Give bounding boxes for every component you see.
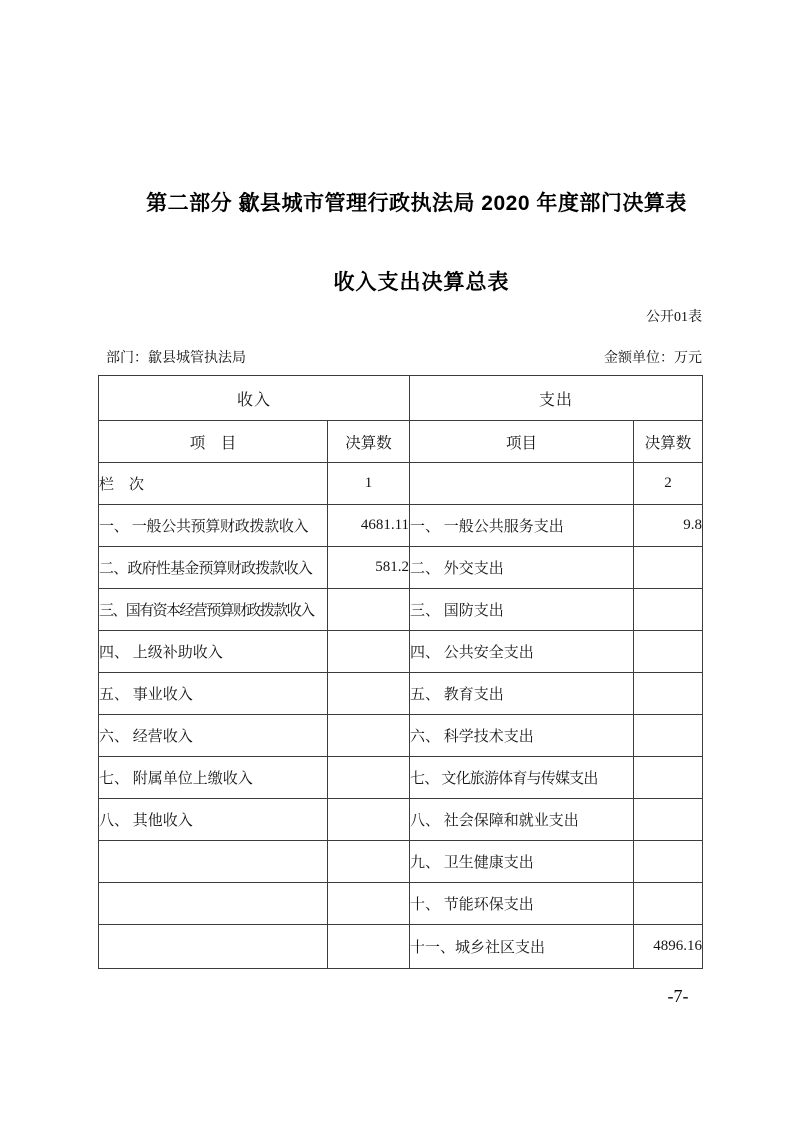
table-row: 五、 事业收入 五、 教育支出 [99, 673, 703, 715]
expense-value-cell [634, 757, 703, 799]
income-value-cell: 581.2 [328, 547, 410, 589]
table-row: 十、 节能环保支出 [99, 883, 703, 925]
income-column-index: 1 [328, 463, 410, 505]
expense-item-cell: 二、 外交支出 [410, 547, 634, 589]
expense-value-cell [634, 841, 703, 883]
expense-item-cell: 一、 一般公共服务支出 [410, 505, 634, 547]
table-title: 收入支出决算总表 [0, 266, 793, 296]
expense-item-cell: 五、 教育支出 [410, 673, 634, 715]
income-item-cell: 五、 事业收入 [99, 673, 328, 715]
income-item-cell: 一、 一般公共预算财政拨款收入 [99, 505, 328, 547]
income-item-cell: 六、 经营收入 [99, 715, 328, 757]
income-value-cell [328, 925, 410, 969]
page-number: -7- [650, 986, 706, 1007]
income-item-cell [99, 883, 328, 925]
income-value-cell [328, 841, 410, 883]
empty-cell [410, 463, 634, 505]
document-title: 第二部分 歙县城市管理行政执法局 2020 年度部门决算表 [0, 187, 793, 217]
income-value-cell [328, 799, 410, 841]
income-item-cell: 三、国有资本经营预算财政拨款收入 [99, 589, 328, 631]
department-label: 部门：歙县城管执法局 [106, 347, 246, 367]
income-item-cell: 八、 其他收入 [99, 799, 328, 841]
table-row: 八、 其他收入 八、 社会保障和就业支出 [99, 799, 703, 841]
expense-item-cell: 十、 节能环保支出 [410, 883, 634, 925]
income-expense-summary-table: 收入 支出 项 目 决算数 项目 决算数 栏 次 1 2 一、 一般公共预算财政… [98, 375, 703, 969]
income-item-cell: 四、 上级补助收入 [99, 631, 328, 673]
income-item-cell [99, 925, 328, 969]
expense-value-cell [634, 631, 703, 673]
expense-value-cell [634, 799, 703, 841]
income-value-cell [328, 715, 410, 757]
expense-item-column-header: 项目 [410, 421, 634, 463]
income-item-column-header: 项 目 [99, 421, 328, 463]
unit-label: 金额单位：万元 [604, 347, 702, 367]
expense-value-cell: 4896.16 [634, 925, 703, 969]
expense-value-cell [634, 547, 703, 589]
expense-item-cell: 六、 科学技术支出 [410, 715, 634, 757]
expense-value-cell [634, 589, 703, 631]
expense-item-cell: 三、 国防支出 [410, 589, 634, 631]
income-value-cell: 4681.11 [328, 505, 410, 547]
income-value-cell [328, 757, 410, 799]
income-item-cell: 二、政府性基金预算财政拨款收入 [99, 547, 328, 589]
expense-item-cell: 四、 公共安全支出 [410, 631, 634, 673]
public-table-label: 公开01表 [98, 306, 702, 326]
expense-item-cell: 九、 卫生健康支出 [410, 841, 634, 883]
income-value-cell [328, 631, 410, 673]
table-meta-line: 部门：歙县城管执法局 金额单位：万元 [106, 347, 702, 367]
table-row: 四、 上级补助收入 四、 公共安全支出 [99, 631, 703, 673]
column-index-label: 栏 次 [99, 463, 328, 505]
table-row: 二、政府性基金预算财政拨款收入 581.2 二、 外交支出 [99, 547, 703, 589]
income-item-cell: 七、 附属单位上缴收入 [99, 757, 328, 799]
table-row: 七、 附属单位上缴收入 七、 文化旅游体育与传媒支出 [99, 757, 703, 799]
table-row: 一、 一般公共预算财政拨款收入 4681.11 一、 一般公共服务支出 9.8 [99, 505, 703, 547]
income-item-cell [99, 841, 328, 883]
expense-value-cell [634, 673, 703, 715]
expense-value-cell [634, 883, 703, 925]
expense-item-cell: 十一、城乡社区支出 [410, 925, 634, 969]
expense-value-cell [634, 715, 703, 757]
expense-amount-column-header: 决算数 [634, 421, 703, 463]
income-amount-column-header: 决算数 [328, 421, 410, 463]
expense-item-cell: 八、 社会保障和就业支出 [410, 799, 634, 841]
expense-value-cell: 9.8 [634, 505, 703, 547]
table-column-header-row: 项 目 决算数 项目 决算数 [99, 421, 703, 463]
income-value-cell [328, 673, 410, 715]
expense-column-index: 2 [634, 463, 703, 505]
income-section-header: 收入 [99, 376, 410, 421]
income-value-cell [328, 589, 410, 631]
income-value-cell [328, 883, 410, 925]
table-row: 三、国有资本经营预算财政拨款收入 三、 国防支出 [99, 589, 703, 631]
document-page: 第二部分 歙县城市管理行政执法局 2020 年度部门决算表 收入支出决算总表 公… [0, 0, 793, 1122]
expense-item-cell: 七、 文化旅游体育与传媒支出 [410, 757, 634, 799]
table-row: 十一、城乡社区支出 4896.16 [99, 925, 703, 969]
expense-section-header: 支出 [410, 376, 703, 421]
table-row: 九、 卫生健康支出 [99, 841, 703, 883]
table-row: 六、 经营收入 六、 科学技术支出 [99, 715, 703, 757]
table-section-header-row: 收入 支出 [99, 376, 703, 421]
column-index-row: 栏 次 1 2 [99, 463, 703, 505]
